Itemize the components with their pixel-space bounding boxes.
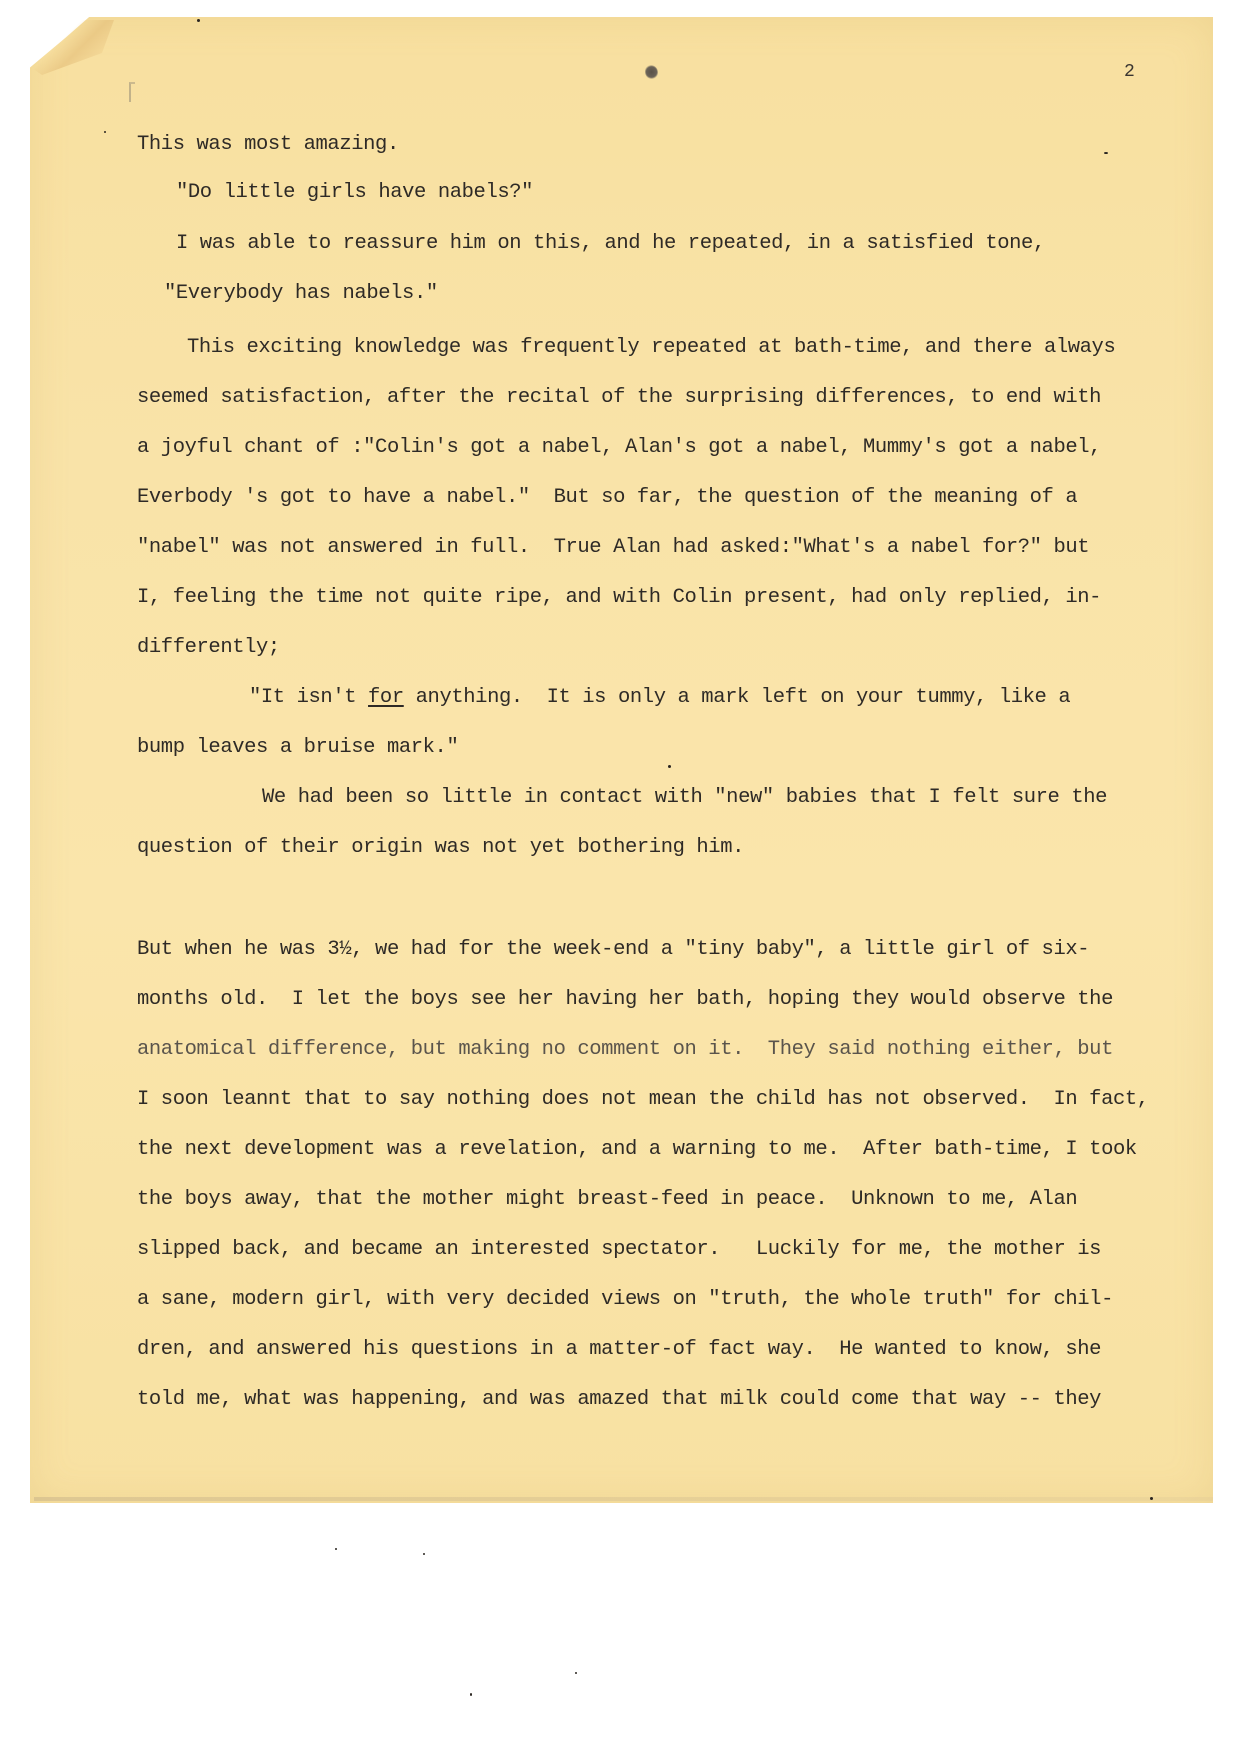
text-line: Everbody 's got to have a nabel." But so… [137,486,1077,510]
text-line: told me, what was happening, and was ama… [137,1388,1101,1412]
ink-speck [335,1548,337,1550]
text-line: differently; [137,636,280,660]
text-line: I, feeling the time not quite ripe, and … [137,586,1101,610]
text-segment: "It isn't [249,686,368,709]
text-line: "It isn't for anything. It is only a mar… [249,686,1070,710]
text-line: the boys away, that the mother might bre… [137,1188,1077,1212]
text-line: But when he was 3½, we had for the week-… [137,938,1089,962]
text-line: bump leaves a bruise mark." [137,736,458,760]
text-line: dren, and answered his questions in a ma… [137,1338,1101,1362]
text-line: months old. I let the boys see her havin… [137,988,1113,1012]
text-line: I was able to reassure him on this, and … [176,232,1045,256]
text-line: This was most amazing. [137,133,399,157]
text-line: slipped back, and became an interested s… [137,1238,1101,1262]
text-line: question of their origin was not yet bot… [137,836,744,860]
text-line: I soon leannt that to say nothing does n… [137,1088,1149,1112]
ink-speck [1104,152,1108,154]
ink-speck [575,1672,577,1674]
page-bottom-edge [34,1497,1213,1501]
text-line: a sane, modern girl, with very decided v… [137,1288,1113,1312]
text-line: seemed satisfaction, after the recital o… [137,386,1101,410]
text-line: a joyful chant of :"Colin's got a nabel,… [137,436,1101,460]
text-line: This exciting knowledge was frequently r… [187,336,1115,360]
ink-speck [470,1693,472,1696]
text-segment: anything. It is only a mark left on your… [404,686,1071,709]
ink-blot-mark [645,65,658,79]
page-number: 2 [1124,62,1135,82]
text-line: "nabel" was not answered in full. True A… [137,536,1089,560]
text-line: "Do little girls have nabels?" [176,181,533,205]
margin-pencil-mark [129,82,135,102]
ink-speck [1150,1497,1153,1500]
ink-speck [104,131,106,133]
text-line: anatomical difference, but making no com… [137,1038,1113,1062]
ink-speck [423,1553,425,1555]
underlined-word: for [368,686,404,709]
text-line: We had been so little in contact with "n… [262,786,1107,810]
ink-speck [668,765,671,768]
text-line: "Everybody has nabels." [164,282,438,306]
text-line: the next development was a revelation, a… [137,1138,1137,1162]
ink-speck [197,19,200,22]
